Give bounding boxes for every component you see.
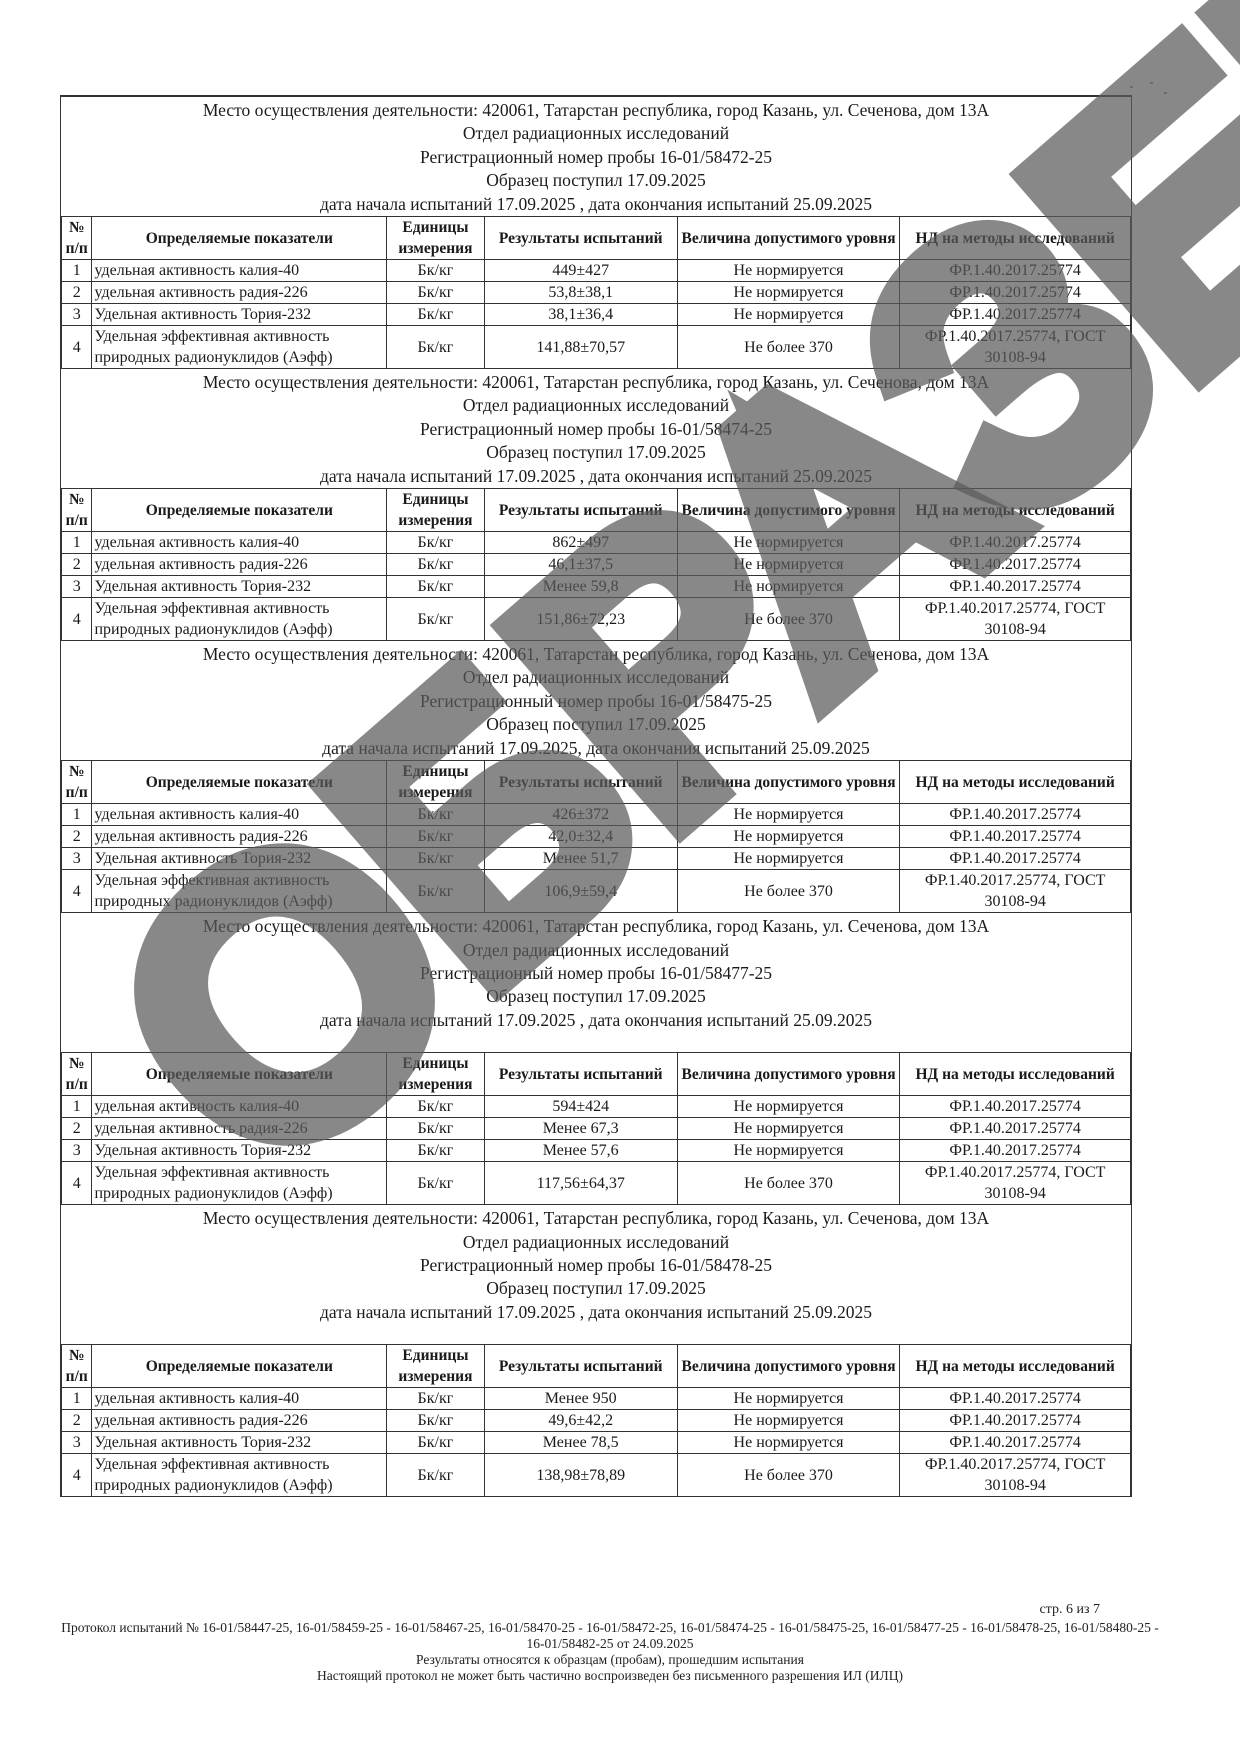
method-cell: ФР.1.40.2017.25774, ГОСТ 30108-94 — [900, 870, 1131, 913]
row-number: 2 — [62, 1118, 92, 1140]
sample-block: Место осуществления деятельности: 420061… — [60, 95, 1132, 369]
row-number: 4 — [62, 326, 92, 369]
sample-info: Место осуществления деятельности: 420061… — [61, 1205, 1131, 1344]
header-result: Результаты испытаний — [484, 761, 677, 804]
unit-cell: Бк/кг — [387, 1454, 485, 1497]
result-cell: 46,1±37,5 — [484, 554, 677, 576]
unit-cell: Бк/кг — [387, 554, 485, 576]
row-number: 4 — [62, 1162, 92, 1205]
sample-block: Место осуществления деятельности: 420061… — [60, 641, 1132, 913]
table-header-row: № п/п Определяемые показатели Единицы из… — [62, 1053, 1131, 1096]
row-number: 1 — [62, 1096, 92, 1118]
header-indicator: Определяемые показатели — [92, 489, 387, 532]
result-cell: 49,6±42,2 — [484, 1410, 677, 1432]
unit-cell: Бк/кг — [387, 1388, 485, 1410]
unit-cell: Бк/кг — [387, 598, 485, 641]
location-line: Место осуществления деятельности: 420061… — [61, 1207, 1131, 1230]
method-cell: ФР.1.40.2017.25774 — [900, 260, 1131, 282]
indicator-name: Удельная активность Тория-232 — [92, 1140, 387, 1162]
table-row: 1удельная активность калия-40Бк/кгМенее … — [62, 1388, 1131, 1410]
header-unit: Единицы измерения — [387, 1345, 485, 1388]
table-row: 3Удельная активность Тория-232Бк/кг38,1±… — [62, 304, 1131, 326]
limit-cell: Не нормируется — [677, 804, 900, 826]
method-cell: ФР.1.40.2017.25774 — [900, 1388, 1131, 1410]
limit-cell: Не нормируется — [677, 576, 900, 598]
header-result: Результаты испытаний — [484, 1053, 677, 1096]
row-number: 3 — [62, 1432, 92, 1454]
unit-cell: Бк/кг — [387, 1410, 485, 1432]
result-cell: 141,88±70,57 — [484, 326, 677, 369]
limit-cell: Не нормируется — [677, 554, 900, 576]
row-number: 3 — [62, 304, 92, 326]
table-header-row: № п/п Определяемые показатели Единицы из… — [62, 217, 1131, 260]
limit-cell: Не нормируется — [677, 532, 900, 554]
row-number: 1 — [62, 532, 92, 554]
method-cell: ФР.1.40.2017.25774, ГОСТ 30108-94 — [900, 598, 1131, 641]
protocol-reference: Протокол испытаний № 16-01/58447-25, 16-… — [60, 1620, 1160, 1652]
result-cell: Менее 57,6 — [484, 1140, 677, 1162]
row-number: 3 — [62, 576, 92, 598]
unit-cell: Бк/кг — [387, 282, 485, 304]
header-unit: Единицы измерения — [387, 217, 485, 260]
sample-block: Место осуществления деятельности: 420061… — [60, 369, 1132, 641]
table-row: 3Удельная активность Тория-232Бк/кгМенее… — [62, 1140, 1131, 1162]
method-cell: ФР.1.40.2017.25774 — [900, 848, 1131, 870]
department-line: Отдел радиационных исследований — [61, 394, 1131, 417]
indicator-name: удельная активность калия-40 — [92, 260, 387, 282]
indicator-name: удельная активность калия-40 — [92, 1388, 387, 1410]
method-cell: ФР.1.40.2017.25774, ГОСТ 30108-94 — [900, 1454, 1131, 1497]
result-cell: 38,1±36,4 — [484, 304, 677, 326]
table-row: 1удельная активность калия-40Бк/кг426±37… — [62, 804, 1131, 826]
indicator-name: Удельная эффективная активность природны… — [92, 1454, 387, 1497]
results-note: Результаты относятся к образцам (пробам)… — [60, 1652, 1160, 1668]
results-table: № п/п Определяемые показатели Единицы из… — [61, 216, 1131, 369]
department-line: Отдел радиационных исследований — [61, 1231, 1131, 1254]
limit-cell: Не нормируется — [677, 1432, 900, 1454]
header-method: НД на методы исследований — [900, 489, 1131, 532]
row-number: 4 — [62, 870, 92, 913]
indicator-name: Удельная активность Тория-232 — [92, 1432, 387, 1454]
method-cell: ФР.1.40.2017.25774 — [900, 804, 1131, 826]
header-result: Результаты испытаний — [484, 1345, 677, 1388]
row-number: 4 — [62, 1454, 92, 1497]
indicator-name: удельная активность калия-40 — [92, 532, 387, 554]
method-cell: ФР.1.40.2017.25774 — [900, 1410, 1131, 1432]
method-cell: ФР.1.40.2017.25774 — [900, 826, 1131, 848]
header-num: № п/п — [62, 217, 92, 260]
limit-cell: Не более 370 — [677, 326, 900, 369]
sample-block: Место осуществления деятельности: 420061… — [60, 1205, 1132, 1497]
method-cell: ФР.1.40.2017.25774, ГОСТ 30108-94 — [900, 326, 1131, 369]
test-dates: дата начала испытаний 17.09.2025 , дата … — [61, 1301, 1131, 1324]
row-number: 1 — [62, 260, 92, 282]
table-row: 2удельная активность радия-226Бк/кг53,8±… — [62, 282, 1131, 304]
limit-cell: Не более 370 — [677, 1162, 900, 1205]
header-method: НД на методы исследований — [900, 1053, 1131, 1096]
reproduction-note: Настоящий протокол не может быть частичн… — [60, 1668, 1160, 1684]
result-cell: 53,8±38,1 — [484, 282, 677, 304]
page-footer: стр. 6 из 7 Протокол испытаний № 16-01/5… — [60, 1602, 1160, 1684]
department-line: Отдел радиационных исследований — [61, 939, 1131, 962]
result-cell: 449±427 — [484, 260, 677, 282]
test-dates: дата начала испытаний 17.09.2025 , дата … — [61, 1009, 1131, 1032]
sample-info: Место осуществления деятельности: 420061… — [61, 641, 1131, 760]
indicator-name: Удельная активность Тория-232 — [92, 304, 387, 326]
method-cell: ФР.1.40.2017.25774 — [900, 554, 1131, 576]
header-num: № п/п — [62, 761, 92, 804]
unit-cell: Бк/кг — [387, 1096, 485, 1118]
header-method: НД на методы исследований — [900, 761, 1131, 804]
header-unit: Единицы измерения — [387, 761, 485, 804]
registration-number: Регистрационный номер пробы 16-01/58474-… — [61, 418, 1131, 441]
received-date: Образец поступил 17.09.2025 — [61, 169, 1131, 192]
header-indicator: Определяемые показатели — [92, 761, 387, 804]
header-result: Результаты испытаний — [484, 489, 677, 532]
unit-cell: Бк/кг — [387, 848, 485, 870]
results-table: № п/п Определяемые показатели Единицы из… — [61, 1344, 1131, 1497]
table-row: 4Удельная эффективная активность природн… — [62, 1454, 1131, 1497]
received-date: Образец поступил 17.09.2025 — [61, 985, 1131, 1008]
header-limit: Величина допустимого уровня — [677, 489, 900, 532]
table-row: 2удельная активность радия-226Бк/кгМенее… — [62, 1118, 1131, 1140]
unit-cell: Бк/кг — [387, 1140, 485, 1162]
indicator-name: удельная активность радия-226 — [92, 1410, 387, 1432]
indicator-name: удельная активность радия-226 — [92, 1118, 387, 1140]
page-number: стр. 6 из 7 — [60, 1602, 1160, 1618]
row-number: 1 — [62, 804, 92, 826]
header-indicator: Определяемые показатели — [92, 217, 387, 260]
table-row: 2удельная активность радия-226Бк/кг46,1±… — [62, 554, 1131, 576]
test-dates: дата начала испытаний 17.09.2025 , дата … — [61, 465, 1131, 488]
indicator-name: Удельная эффективная активность природны… — [92, 1162, 387, 1205]
indicator-name: удельная активность радия-226 — [92, 554, 387, 576]
location-line: Место осуществления деятельности: 420061… — [61, 99, 1131, 122]
unit-cell: Бк/кг — [387, 1118, 485, 1140]
registration-number: Регистрационный номер пробы 16-01/58472-… — [61, 146, 1131, 169]
indicator-name: Удельная эффективная активность природны… — [92, 598, 387, 641]
result-cell: 42,0±32,4 — [484, 826, 677, 848]
row-number: 3 — [62, 1140, 92, 1162]
limit-cell: Не нормируется — [677, 304, 900, 326]
header-unit: Единицы измерения — [387, 489, 485, 532]
limit-cell: Не более 370 — [677, 870, 900, 913]
header-limit: Величина допустимого уровня — [677, 1345, 900, 1388]
method-cell: ФР.1.40.2017.25774 — [900, 282, 1131, 304]
header-indicator: Определяемые показатели — [92, 1345, 387, 1388]
registration-number: Регистрационный номер пробы 16-01/58478-… — [61, 1254, 1131, 1277]
table-row: 1удельная активность калия-40Бк/кг449±42… — [62, 260, 1131, 282]
header-indicator: Определяемые показатели — [92, 1053, 387, 1096]
sample-info: Место осуществления деятельности: 420061… — [61, 97, 1131, 216]
table-header-row: № п/п Определяемые показатели Единицы из… — [62, 761, 1131, 804]
result-cell: 426±372 — [484, 804, 677, 826]
result-cell: 106,9±59,4 — [484, 870, 677, 913]
indicator-name: Удельная активность Тория-232 — [92, 848, 387, 870]
result-cell: Менее 78,5 — [484, 1432, 677, 1454]
table-row: 4Удельная эффективная активность природн… — [62, 326, 1131, 369]
indicator-name: Удельная эффективная активность природны… — [92, 326, 387, 369]
limit-cell: Не нормируется — [677, 1388, 900, 1410]
table-row: 1удельная активность калия-40Бк/кг862±49… — [62, 532, 1131, 554]
row-number: 4 — [62, 598, 92, 641]
indicator-name: удельная активность радия-226 — [92, 826, 387, 848]
unit-cell: Бк/кг — [387, 326, 485, 369]
method-cell: ФР.1.40.2017.25774 — [900, 576, 1131, 598]
method-cell: ФР.1.40.2017.25774 — [900, 1140, 1131, 1162]
department-line: Отдел радиационных исследований — [61, 122, 1131, 145]
table-row: 3Удельная активность Тория-232Бк/кгМенее… — [62, 848, 1131, 870]
result-cell: 594±424 — [484, 1096, 677, 1118]
header-num: № п/п — [62, 1053, 92, 1096]
table-row: 4Удельная эффективная активность природн… — [62, 598, 1131, 641]
result-cell: 117,56±64,37 — [484, 1162, 677, 1205]
header-num: № п/п — [62, 1345, 92, 1388]
sample-info: Место осуществления деятельности: 420061… — [61, 913, 1131, 1052]
unit-cell: Бк/кг — [387, 1432, 485, 1454]
unit-cell: Бк/кг — [387, 260, 485, 282]
department-line: Отдел радиационных исследований — [61, 666, 1131, 689]
registration-number: Регистрационный номер пробы 16-01/58475-… — [61, 690, 1131, 713]
location-line: Место осуществления деятельности: 420061… — [61, 643, 1131, 666]
result-cell: Менее 59,8 — [484, 576, 677, 598]
table-row: 3Удельная активность Тория-232Бк/кгМенее… — [62, 576, 1131, 598]
limit-cell: Не нормируется — [677, 1140, 900, 1162]
indicator-name: Удельная эффективная активность природны… — [92, 870, 387, 913]
header-limit: Величина допустимого уровня — [677, 761, 900, 804]
test-dates: дата начала испытаний 17.09.2025, дата о… — [61, 737, 1131, 760]
method-cell: ФР.1.40.2017.25774 — [900, 1096, 1131, 1118]
limit-cell: Не более 370 — [677, 1454, 900, 1497]
method-cell: ФР.1.40.2017.25774 — [900, 1118, 1131, 1140]
received-date: Образец поступил 17.09.2025 — [61, 713, 1131, 736]
location-line: Место осуществления деятельности: 420061… — [61, 371, 1131, 394]
results-table: № п/п Определяемые показатели Единицы из… — [61, 760, 1131, 913]
table-header-row: № п/п Определяемые показатели Единицы из… — [62, 1345, 1131, 1388]
header-limit: Величина допустимого уровня — [677, 1053, 900, 1096]
row-number: 2 — [62, 282, 92, 304]
unit-cell: Бк/кг — [387, 804, 485, 826]
received-date: Образец поступил 17.09.2025 — [61, 1277, 1131, 1300]
unit-cell: Бк/кг — [387, 870, 485, 913]
table-row: 4Удельная эффективная активность природн… — [62, 1162, 1131, 1205]
indicator-name: удельная активность радия-226 — [92, 282, 387, 304]
limit-cell: Не нормируется — [677, 1096, 900, 1118]
header-result: Результаты испытаний — [484, 217, 677, 260]
result-cell: Менее 51,7 — [484, 848, 677, 870]
limit-cell: Не нормируется — [677, 1118, 900, 1140]
method-cell: ФР.1.40.2017.25774, ГОСТ 30108-94 — [900, 1162, 1131, 1205]
indicator-name: удельная активность калия-40 — [92, 804, 387, 826]
table-header-row: № п/п Определяемые показатели Единицы из… — [62, 489, 1131, 532]
unit-cell: Бк/кг — [387, 532, 485, 554]
limit-cell: Не нормируется — [677, 282, 900, 304]
method-cell: ФР.1.40.2017.25774 — [900, 1432, 1131, 1454]
limit-cell: Не нормируется — [677, 260, 900, 282]
method-cell: ФР.1.40.2017.25774 — [900, 304, 1131, 326]
row-number: 2 — [62, 826, 92, 848]
result-cell: 138,98±78,89 — [484, 1454, 677, 1497]
row-number: 2 — [62, 1410, 92, 1432]
results-table: № п/п Определяемые показатели Единицы из… — [61, 1052, 1131, 1205]
sample-info: Место осуществления деятельности: 420061… — [61, 369, 1131, 488]
result-cell: 862±497 — [484, 532, 677, 554]
test-results-document: Место осуществления деятельности: 420061… — [60, 95, 1132, 1497]
header-unit: Единицы измерения — [387, 1053, 485, 1096]
table-row: 4Удельная эффективная активность природн… — [62, 870, 1131, 913]
result-cell: 151,86±72,23 — [484, 598, 677, 641]
result-cell: Менее 67,3 — [484, 1118, 677, 1140]
results-table: № п/п Определяемые показатели Единицы из… — [61, 488, 1131, 641]
unit-cell: Бк/кг — [387, 826, 485, 848]
row-number: 2 — [62, 554, 92, 576]
sample-block: Место осуществления деятельности: 420061… — [60, 913, 1132, 1205]
limit-cell: Не более 370 — [677, 598, 900, 641]
table-row: 2удельная активность радия-226Бк/кг49,6±… — [62, 1410, 1131, 1432]
result-cell: Менее 950 — [484, 1388, 677, 1410]
unit-cell: Бк/кг — [387, 1162, 485, 1205]
indicator-name: Удельная активность Тория-232 — [92, 576, 387, 598]
limit-cell: Не нормируется — [677, 1410, 900, 1432]
table-row: 3Удельная активность Тория-232Бк/кгМенее… — [62, 1432, 1131, 1454]
received-date: Образец поступил 17.09.2025 — [61, 441, 1131, 464]
row-number: 3 — [62, 848, 92, 870]
test-dates: дата начала испытаний 17.09.2025 , дата … — [61, 193, 1131, 216]
registration-number: Регистрационный номер пробы 16-01/58477-… — [61, 962, 1131, 985]
indicator-name: удельная активность калия-40 — [92, 1096, 387, 1118]
table-row: 2удельная активность радия-226Бк/кг42,0±… — [62, 826, 1131, 848]
header-method: НД на методы исследований — [900, 217, 1131, 260]
location-line: Место осуществления деятельности: 420061… — [61, 915, 1131, 938]
row-number: 1 — [62, 1388, 92, 1410]
limit-cell: Не нормируется — [677, 826, 900, 848]
header-method: НД на методы исследований — [900, 1345, 1131, 1388]
limit-cell: Не нормируется — [677, 848, 900, 870]
method-cell: ФР.1.40.2017.25774 — [900, 532, 1131, 554]
unit-cell: Бк/кг — [387, 576, 485, 598]
table-row: 1удельная активность калия-40Бк/кг594±42… — [62, 1096, 1131, 1118]
header-limit: Величина допустимого уровня — [677, 217, 900, 260]
unit-cell: Бк/кг — [387, 304, 485, 326]
header-num: № п/п — [62, 489, 92, 532]
